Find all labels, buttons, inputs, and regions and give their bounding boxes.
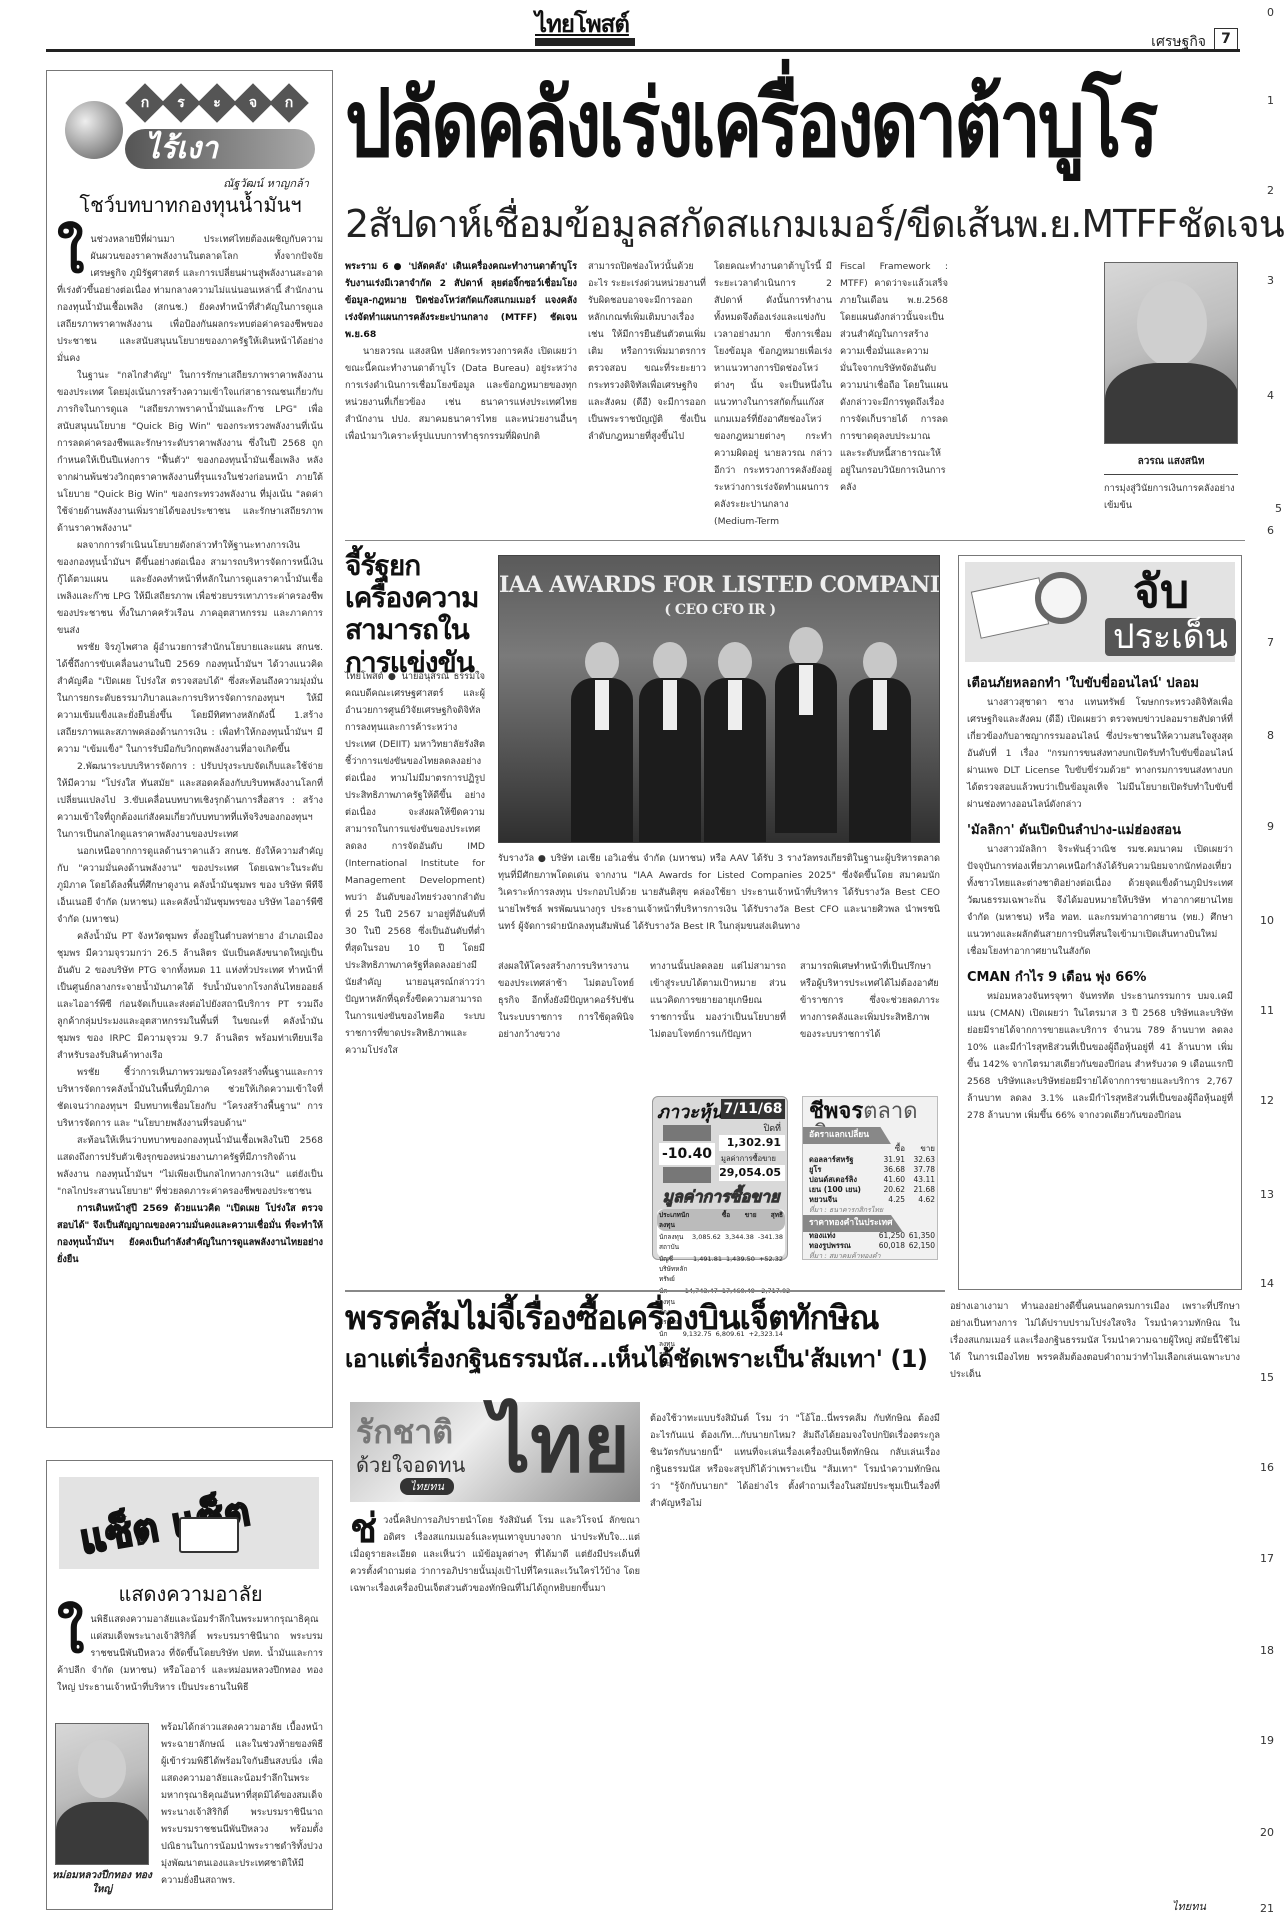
masthead-rule: [46, 49, 1240, 52]
lavaron-photo: [1104, 262, 1238, 444]
logo-mid: ด้วยใจอดทน: [356, 1450, 465, 1481]
ruler-mark: 19: [1260, 1732, 1274, 1749]
paragraph: พรชัย ชี้ว่าการเห็นภาพรวมของโครงสร้างพื้…: [57, 1064, 323, 1132]
logo-letter: ร: [167, 89, 195, 117]
col-header: ซื้อ: [706, 1209, 732, 1231]
person-figure: [704, 642, 766, 842]
cell: 1,491.81: [691, 1253, 724, 1285]
money-market-box: ชีพจรตลาดเงิน อัตราแลกเปลี่ยน ซื้อขาย ดอ…: [802, 1096, 938, 1260]
gold-tab: ราคาทองคำในประเทศ: [803, 1215, 903, 1232]
ruler-mark: 17: [1260, 1550, 1274, 1567]
ruler-mark: 6: [1267, 522, 1274, 539]
paragraph: วงนี้คลิปการอภิปรายนำโดย รังสิมันต์ โรม …: [350, 1512, 640, 1597]
section-divider: [345, 1290, 945, 1292]
col-header: สุทธิ: [759, 1209, 785, 1231]
lead-paragraph: พระราม 6 ● 'ปลัดคลัง' เดินเครื่องคณะทำงา…: [345, 258, 577, 343]
col-header: ขาย: [732, 1209, 758, 1231]
column-logo: ก ร ะ จ ก ไร้เงา ณัฐวัฒน์ หาญกล้า: [65, 81, 315, 191]
footer-tag: ไทยทน: [1172, 1898, 1206, 1915]
rakchati-col-2: ต้องใช้วาทะแบบรังสิมันต์ โรม ว่า "โอ้โฮ.…: [650, 1410, 940, 1512]
section-divider: [345, 540, 1245, 541]
main-lead: พระราม 6 ● 'ปลัดคลัง' เดินเครื่องคณะทำงา…: [345, 258, 577, 445]
decor-block: [663, 1167, 711, 1183]
col-buy: ซื้อ: [875, 1143, 905, 1155]
fx-table: ซื้อขาย ดอลลาร์สหรัฐ31.9132.63 ยูโร36.68…: [809, 1143, 935, 1216]
rakchati-col-3: อย่างเอาเงามา ทำนองอย่างดีขึ้นคนนอกครมกา…: [950, 1298, 1240, 1383]
paragraph: ในฐานะ "กลไกสำคัญ" ในการรักษาเสถียรภาพรา…: [57, 367, 323, 537]
photo-suit: [1105, 363, 1238, 444]
cell: บัญชีบริษัทหลักทรัพย์: [657, 1253, 691, 1285]
paragraph: นอกเหนือจากการดูแลด้านราคาแล้ว สกนช. ยัง…: [57, 843, 323, 928]
fx-row: เยน (100 เยน)20.6221.68: [809, 1185, 935, 1195]
awards-photo: IAA AWARDS FOR LISTED COMPANIES 2025 ( C…: [498, 555, 940, 843]
fx-row: ปอนด์สเตอร์ลิง41.6043.11: [809, 1175, 935, 1185]
paragraph: นพิธีแสดงความอาลัยและน้อมรำลึกในพระมหากร…: [57, 1611, 323, 1696]
chap-praden-box: จับ ประเด็น เตือนภัยหลอกทำ 'ใบขับขี่ออนไ…: [958, 555, 1242, 1290]
divider: [1104, 474, 1238, 475]
table-row: นักลงทุนสถาบัน3,085.623,344.38-341.38: [657, 1231, 785, 1253]
ruler-mark: 9: [1267, 818, 1274, 835]
index-change: -10.40: [659, 1143, 715, 1165]
trade-table-title: มูลค่าการซื้อขาย: [653, 1185, 789, 1210]
logo-letter: ก: [275, 89, 303, 117]
brief-heading: CMAN กำไร 9 เดือน พุ่ง 66%: [967, 968, 1233, 988]
condolence-box: แซ็ต แซ็ต แสดงความอาลัย ใ นพิธีแสดงความอ…: [46, 1460, 333, 1910]
stock-date: 7/11/68: [721, 1099, 785, 1119]
chat-chat-logo: แซ็ต แซ็ต: [59, 1477, 319, 1569]
magnifier-icon: [1035, 572, 1087, 624]
ruler-mark: 20: [1260, 1824, 1274, 1841]
main-column-2: สามารถปิดช่องโหว่นั้นด้วยอะไร ระยะเร่งด่…: [588, 258, 706, 445]
dropcap: ใ: [57, 231, 84, 275]
ruler-mark: 13: [1260, 1186, 1274, 1203]
paragraph: คลังน้ำมัน PT จังหวัดชุมพร ตั้งอยู่ในตำบ…: [57, 928, 323, 1064]
logo-tagline-bar: [535, 38, 635, 46]
brief-body: นางสาวมัลลิกา จิระพันธุ์วาณิช รมช.คมนาคม…: [967, 841, 1233, 960]
rakchati-subheadline: เอาแต่เรื่องกฐินธรรมนัส...เห็นได้ชัดเพรา…: [345, 1346, 927, 1372]
paragraph: พรชัย จิรภูไพศาล ผู้อำนวยการสำนักนโยบายแ…: [57, 639, 323, 758]
gold-row: ทองแท่ง61,25061,350: [809, 1231, 935, 1241]
ruler-mark: 10: [1260, 912, 1274, 929]
rakchati-logo: รักชาติ ด้วยใจอดทน ไทยทน ไทย: [350, 1402, 640, 1502]
fx-row: หยวนจีน4.254.62: [809, 1195, 935, 1205]
ruler-mark: 16: [1260, 1459, 1274, 1476]
cell: นักลงทุนสถาบัน: [657, 1231, 690, 1253]
column-body: ใ นช่วงหลายปีที่ผ่านมา ประเทศไทยต้องเผชิ…: [57, 231, 323, 1268]
ruler-mark: 12: [1260, 1092, 1274, 1109]
main-column-3: โดยคณะทำงานดาต้าบูโรนี้ มีระยะเวลาดำเนิน…: [714, 258, 832, 530]
paragraph: สะท้อนให้เห็นว่าบทบาทของกองทุนน้ำมันเชื้…: [57, 1132, 323, 1200]
main-headline: ปลัดคลังเร่งเครื่องดาต้าบูโร: [345, 78, 1155, 171]
photo-caption: หม่อมหลวงปีกทอง ทองใหญ่: [51, 1869, 153, 1897]
paragraph: นช่วงหลายปีที่ผ่านมา ประเทศไทยต้องเผชิญก…: [57, 231, 323, 367]
dropcap: ช่: [350, 1512, 377, 1546]
stock-box-title: ภาวะหุ้น: [657, 1099, 723, 1127]
gold-row: ทองรูปพรรณ60,01862,150: [809, 1241, 935, 1251]
competitiveness-cont-2: ทางานนั้นปลดลอย แต่ไม่สามารถเข้าสู่ระบบไ…: [650, 958, 786, 1043]
cell: +52.32: [757, 1253, 785, 1285]
fx-source: ที่มา : ธนาคารกสิกรไทย: [809, 1205, 935, 1216]
gold-source: ที่มา : สมาคมค้าทองคำ: [809, 1251, 935, 1262]
news-briefs: เตือนภัยหลอกทำ 'ใบขับขี่ออนไลน์' ปลอม นา…: [967, 674, 1233, 1124]
photo-caption: ลวรณ แสงสนิท: [1104, 454, 1238, 470]
cell: 3,344.38: [723, 1231, 756, 1253]
fx-row: ยูโร36.6837.78: [809, 1165, 935, 1175]
condolence-intro: ใ นพิธีแสดงความอาลัยและน้อมรำลึกในพระมหา…: [57, 1611, 323, 1696]
gold-table: ทองแท่ง61,25061,350 ทองรูปพรรณ60,01862,1…: [809, 1231, 935, 1262]
logo-word: ไร้เงา: [125, 129, 315, 169]
ruler-mark: 3: [1267, 272, 1274, 289]
brief-body: นางสาวสุชาดา ซาง แทนทรัพย์ โฆษกกระทรวงดิ…: [967, 694, 1233, 813]
pull-quote: การมุ่งสู่วินัยการเงินการคลังอย่างเข้มข้…: [1104, 480, 1238, 514]
person-figure: [775, 627, 837, 842]
person-figure: [849, 642, 911, 842]
competitiveness-title: จี้รัฐยกเครื่องความสามารถในการแข่งขัน: [345, 550, 485, 679]
logo-letter: ะ: [203, 89, 231, 117]
trade-value: 29,054.05: [719, 1165, 785, 1181]
logo-top-word: จับ: [1133, 568, 1189, 614]
rakchati-headline: พรรคส้มไม่จี้เรื่องซื้อเครื่องบินเจ็ตทัก…: [345, 1300, 879, 1336]
competitiveness-cont-3: สามารถพิเศษทำหน้าที่เป็นปรึกษาหรือผู้บริ…: [800, 958, 940, 1043]
ruler-mark: 18: [1260, 1642, 1274, 1659]
ruler-mark: 8: [1267, 727, 1274, 744]
brief-heading: เตือนภัยหลอกทำ 'ใบขับขี่ออนไลน์' ปลอม: [967, 674, 1233, 694]
table-header: ประเภทนักลงทุน ซื้อ ขาย สุทธิ: [657, 1209, 785, 1231]
brief-body: หม่อมหลวงจันทรจุฑา จันทรทัต ประธานกรรมกา…: [967, 988, 1233, 1124]
globe-icon: [65, 101, 123, 159]
investor-table: ประเภทนักลงทุน ซื้อ ขาย สุทธิ นักลงทุนสถ…: [657, 1209, 785, 1257]
logo-bottom-word: ประเด็น: [1105, 618, 1236, 656]
competitiveness-cont-1: ส่งผลให้โครงสร้างการบริหารงานของประเทศล่…: [498, 958, 634, 1043]
ruler-mark: 1: [1267, 92, 1274, 109]
paragraph: นายลวรณ แสงสนิท ปลัดกระทรวงการคลัง เปิดเ…: [345, 343, 577, 445]
logo-big-word: ไทย: [490, 1404, 630, 1484]
table-row: บัญชีบริษัทหลักทรัพย์1,491.811,439.50+52…: [657, 1253, 785, 1285]
ruler-mark: 11: [1260, 1002, 1274, 1019]
awards-banner-sub: ( CEO CFO IR ): [499, 600, 940, 622]
logo-tag: ไทยทน: [400, 1478, 454, 1495]
awards-caption: รับรางวัล ● บริษัท เอเชีย เอวิเอชั่น จำก…: [498, 850, 940, 935]
condolence-title: แสดงความอาลัย: [47, 1579, 334, 1610]
fx-row: ดอลลาร์สหรัฐ31.9132.63: [809, 1155, 935, 1165]
awards-banner-text: IAA AWARDS FOR LISTED COMPANIES 2025: [499, 568, 940, 602]
laptop-icon: [179, 1517, 239, 1553]
chap-praden-logo: จับ ประเด็น: [965, 562, 1235, 662]
ruler-mark: 5: [1275, 500, 1282, 517]
column-kradak-rai-ngao: ก ร ะ จ ก ไร้เงา ณัฐวัฒน์ หาญกล้า โชว์บท…: [46, 70, 333, 1428]
logo-letter: จ: [239, 89, 267, 117]
cell: 1,439.50: [724, 1253, 757, 1285]
cell: -341.38: [756, 1231, 785, 1253]
ruler-mark: 2: [1267, 182, 1274, 199]
ruler-mark: 14: [1260, 1275, 1274, 1292]
photo-face: [1137, 281, 1207, 367]
photo-face: [78, 1740, 126, 1798]
dropcap: ใ: [57, 1611, 84, 1655]
ruler-mark: 4: [1267, 387, 1274, 404]
decor-block: [663, 1125, 711, 1141]
ruler-mark: 21: [1260, 1900, 1274, 1917]
main-column-4: Fiscal Framework : MTFF) คาดว่าจะแล้วเสร…: [840, 258, 948, 496]
rakchati-col-1: ช่ วงนี้คลิปการอภิปรายนำโดย รังสิมันต์ โ…: [350, 1512, 640, 1597]
person-figure: [639, 642, 701, 842]
paragraph: การเดินหน้าสู่ปี 2569 ด้วยแนวคิด "เปิดเผ…: [57, 1200, 323, 1268]
logo-letter: ก: [131, 89, 159, 117]
condolence-body: พร้อมได้กล่าวแสดงความอาลัย เบื้องหน้าพระ…: [161, 1719, 323, 1889]
portrait-photo: [55, 1723, 149, 1865]
fx-tab: อัตราแลกเปลี่ยน: [803, 1127, 891, 1144]
value-label: มูลค่าการซื้อขาย: [721, 1153, 776, 1165]
cell: 3,085.62: [690, 1231, 723, 1253]
page-ruler: 0 1 2 3 4 5 6 7 8 9 10 11 12 13 14 15 16…: [1244, 0, 1286, 1920]
person-figure: [571, 642, 633, 842]
column-author: ณัฐวัฒน์ หาญกล้า: [223, 175, 309, 192]
ruler-mark: 15: [1260, 1369, 1274, 1386]
competitiveness-body: ไทยโพสต์ ● นายอนุสรณ์ ธรรมใจ คณบดีคณะเศร…: [345, 668, 485, 1059]
ruler-mark: 0: [1267, 4, 1274, 21]
col-sell: ขาย: [905, 1143, 935, 1155]
photo-suit: [56, 1802, 149, 1865]
brief-heading: 'มัลลิกา' ดันเปิดบินลำปาง-แม่ฮ่องสอน: [967, 821, 1233, 841]
paragraph: 2.พัฒนาระบบบริหารจัดการ : ปรับปรุงระบบจั…: [57, 758, 323, 843]
ruler-mark: 7: [1267, 634, 1274, 651]
index-close: 1,302.91: [719, 1135, 785, 1151]
stock-market-box: ภาวะหุ้น 7/11/68 -10.40 ปิดที่ 1,302.91 …: [652, 1096, 788, 1260]
column-title: โชว์บทบาทกองทุนน้ำมันฯ: [47, 193, 334, 218]
col-header: ประเภทนักลงทุน: [657, 1209, 706, 1231]
main-subheadline: 2สัปดาห์เชื่อมข้อมูลสกัดสแกมเมอร์/ขีดเส้…: [345, 205, 1284, 243]
paragraph: ผลจากการดำเนินนโยบายดังกล่าวทำให้ฐานะทาง…: [57, 537, 323, 639]
